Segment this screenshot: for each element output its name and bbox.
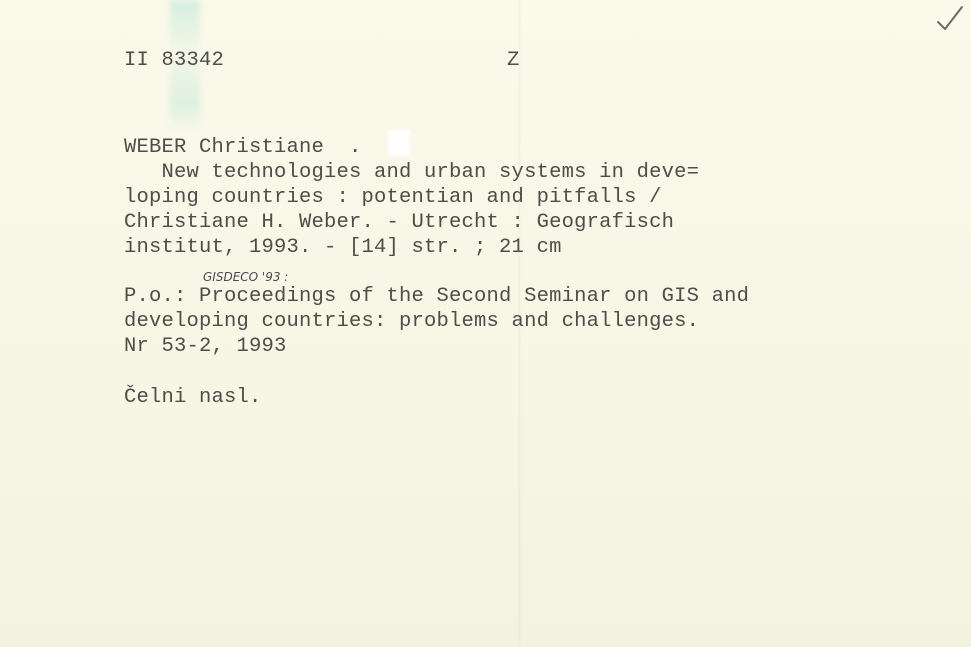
title-line: institut, 1993. - [14] str. ; 21 cm: [124, 235, 562, 260]
title-line: Christiane H. Weber. - Utrecht : Geograf…: [124, 210, 674, 235]
series-line: Nr 53-2, 1993: [124, 334, 287, 359]
correction-patch: [388, 130, 410, 156]
title-line: New technologies and urban systems in de…: [124, 160, 699, 185]
title-note: Čelni nasl.: [124, 385, 262, 410]
series-line: developing countries: problems and chall…: [124, 309, 699, 334]
check-mark-icon: [935, 4, 965, 34]
location-mark: Z: [507, 48, 520, 73]
title-line: loping countries : potentian and pitfall…: [124, 185, 662, 210]
catalog-card: II 83342 Z WEBER Christiane . New techno…: [0, 0, 971, 647]
author-heading: WEBER Christiane .: [124, 135, 362, 160]
handwritten-annotation: GISDECO '93 :: [203, 270, 288, 284]
call-number: II 83342: [124, 48, 224, 73]
series-line: P.o.: Proceedings of the Second Seminar …: [124, 284, 749, 309]
